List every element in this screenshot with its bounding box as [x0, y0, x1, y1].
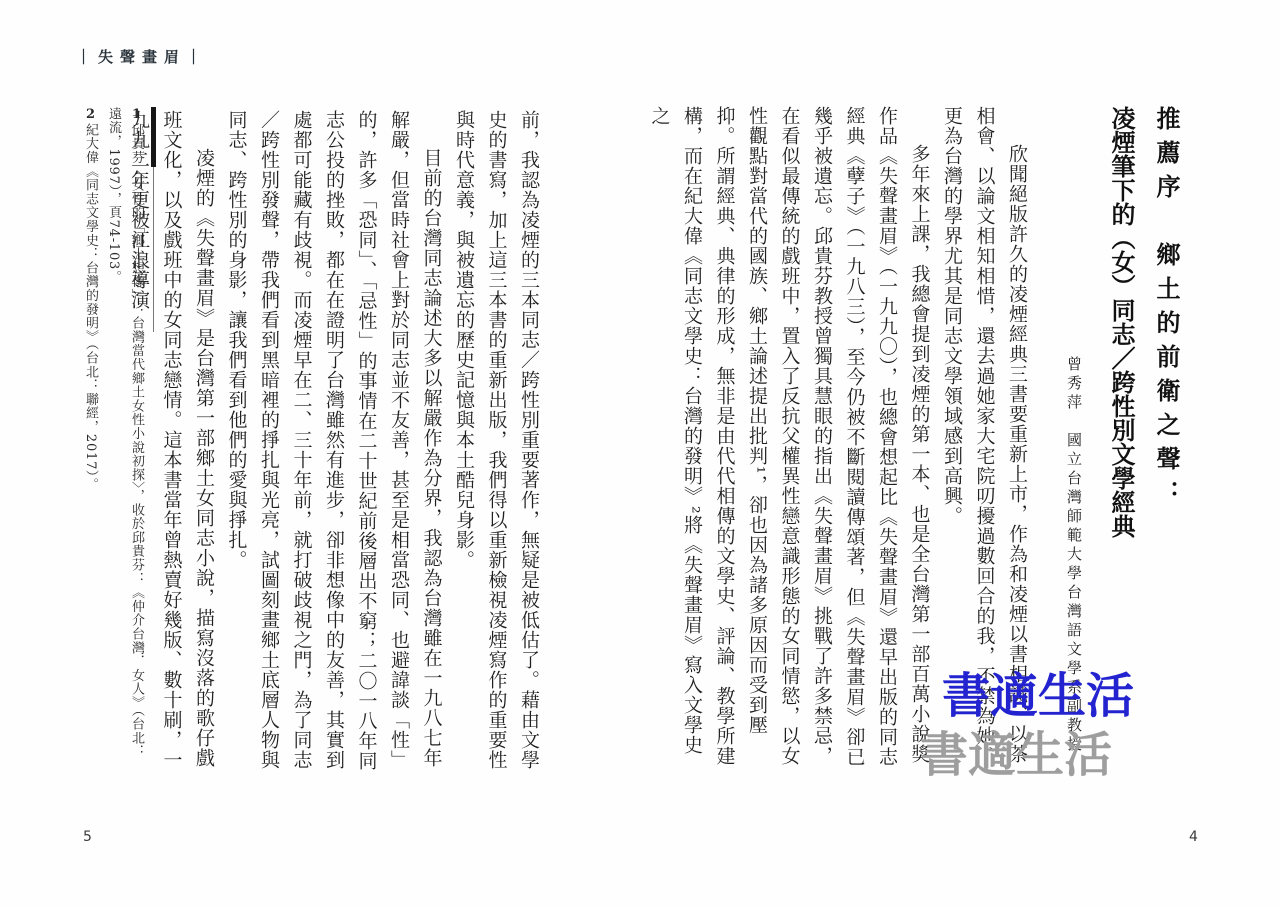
title-line-1: 推薦序 鄉土的前衛之聲：	[1144, 106, 1189, 772]
footnotes: 1邱貴芬〈女性的「鄉土想像」：台灣當代鄉土女性小說初探〉，收於邱貴芬：《仲介台灣…	[79, 107, 148, 771]
footnote-divider-line	[153, 167, 154, 332]
footnote-2-number: 2	[83, 107, 98, 123]
watermark-blue: 書適生活	[942, 672, 1134, 720]
paragraph: 目前的台灣同志論述大多以解嚴作為分界，我認為台灣雖在一九八七年解嚴，但當時社會上…	[220, 110, 448, 774]
footnote-divider-bar	[151, 107, 156, 167]
watermark-gray: 書適生活	[920, 731, 1112, 779]
paragraph: 前，我認為凌煙的三本同志／跨性別重要著作，無疑是被低估了。藉由文學史的書寫，加上…	[448, 110, 546, 774]
footnote-1: 1邱貴芬〈女性的「鄉土想像」：台灣當代鄉土女性小說初探〉，收於邱貴芬：《仲介台灣…	[102, 107, 148, 771]
footnote-2: 2紀大偉《同志文學史：台灣的發明》（台北：聯經，2017）。	[79, 107, 102, 771]
book-spread: 推薦序 鄉土的前衛之聲： 凌煙筆下的（女）同志／跨性別文學經典 曾秀萍 國立台灣…	[0, 0, 1279, 907]
page-number-left: 5	[83, 829, 92, 845]
footnote-2-text: 紀大偉《同志文學史：台灣的發明》（台北：聯經，2017）。	[83, 123, 98, 491]
paragraph: 多年來上課，我總會提到凌煙的第一本、也是全台灣第一部百萬小說獎作品《失聲畫眉》（…	[643, 106, 936, 772]
page-5-body: 前，我認為凌煙的三本同志／跨性別重要著作，無疑是被低估了。藉由文學史的書寫，加上…	[123, 110, 546, 774]
running-header: ｜失聲畫眉｜	[76, 46, 208, 67]
footnote-1-text: 邱貴芬〈女性的「鄉土想像」：台灣當代鄉土女性小說初探〉，收於邱貴芬：《仲介台灣．…	[106, 107, 144, 758]
page-number-right: 4	[1189, 829, 1198, 845]
footnote-1-number: 1	[129, 107, 144, 123]
